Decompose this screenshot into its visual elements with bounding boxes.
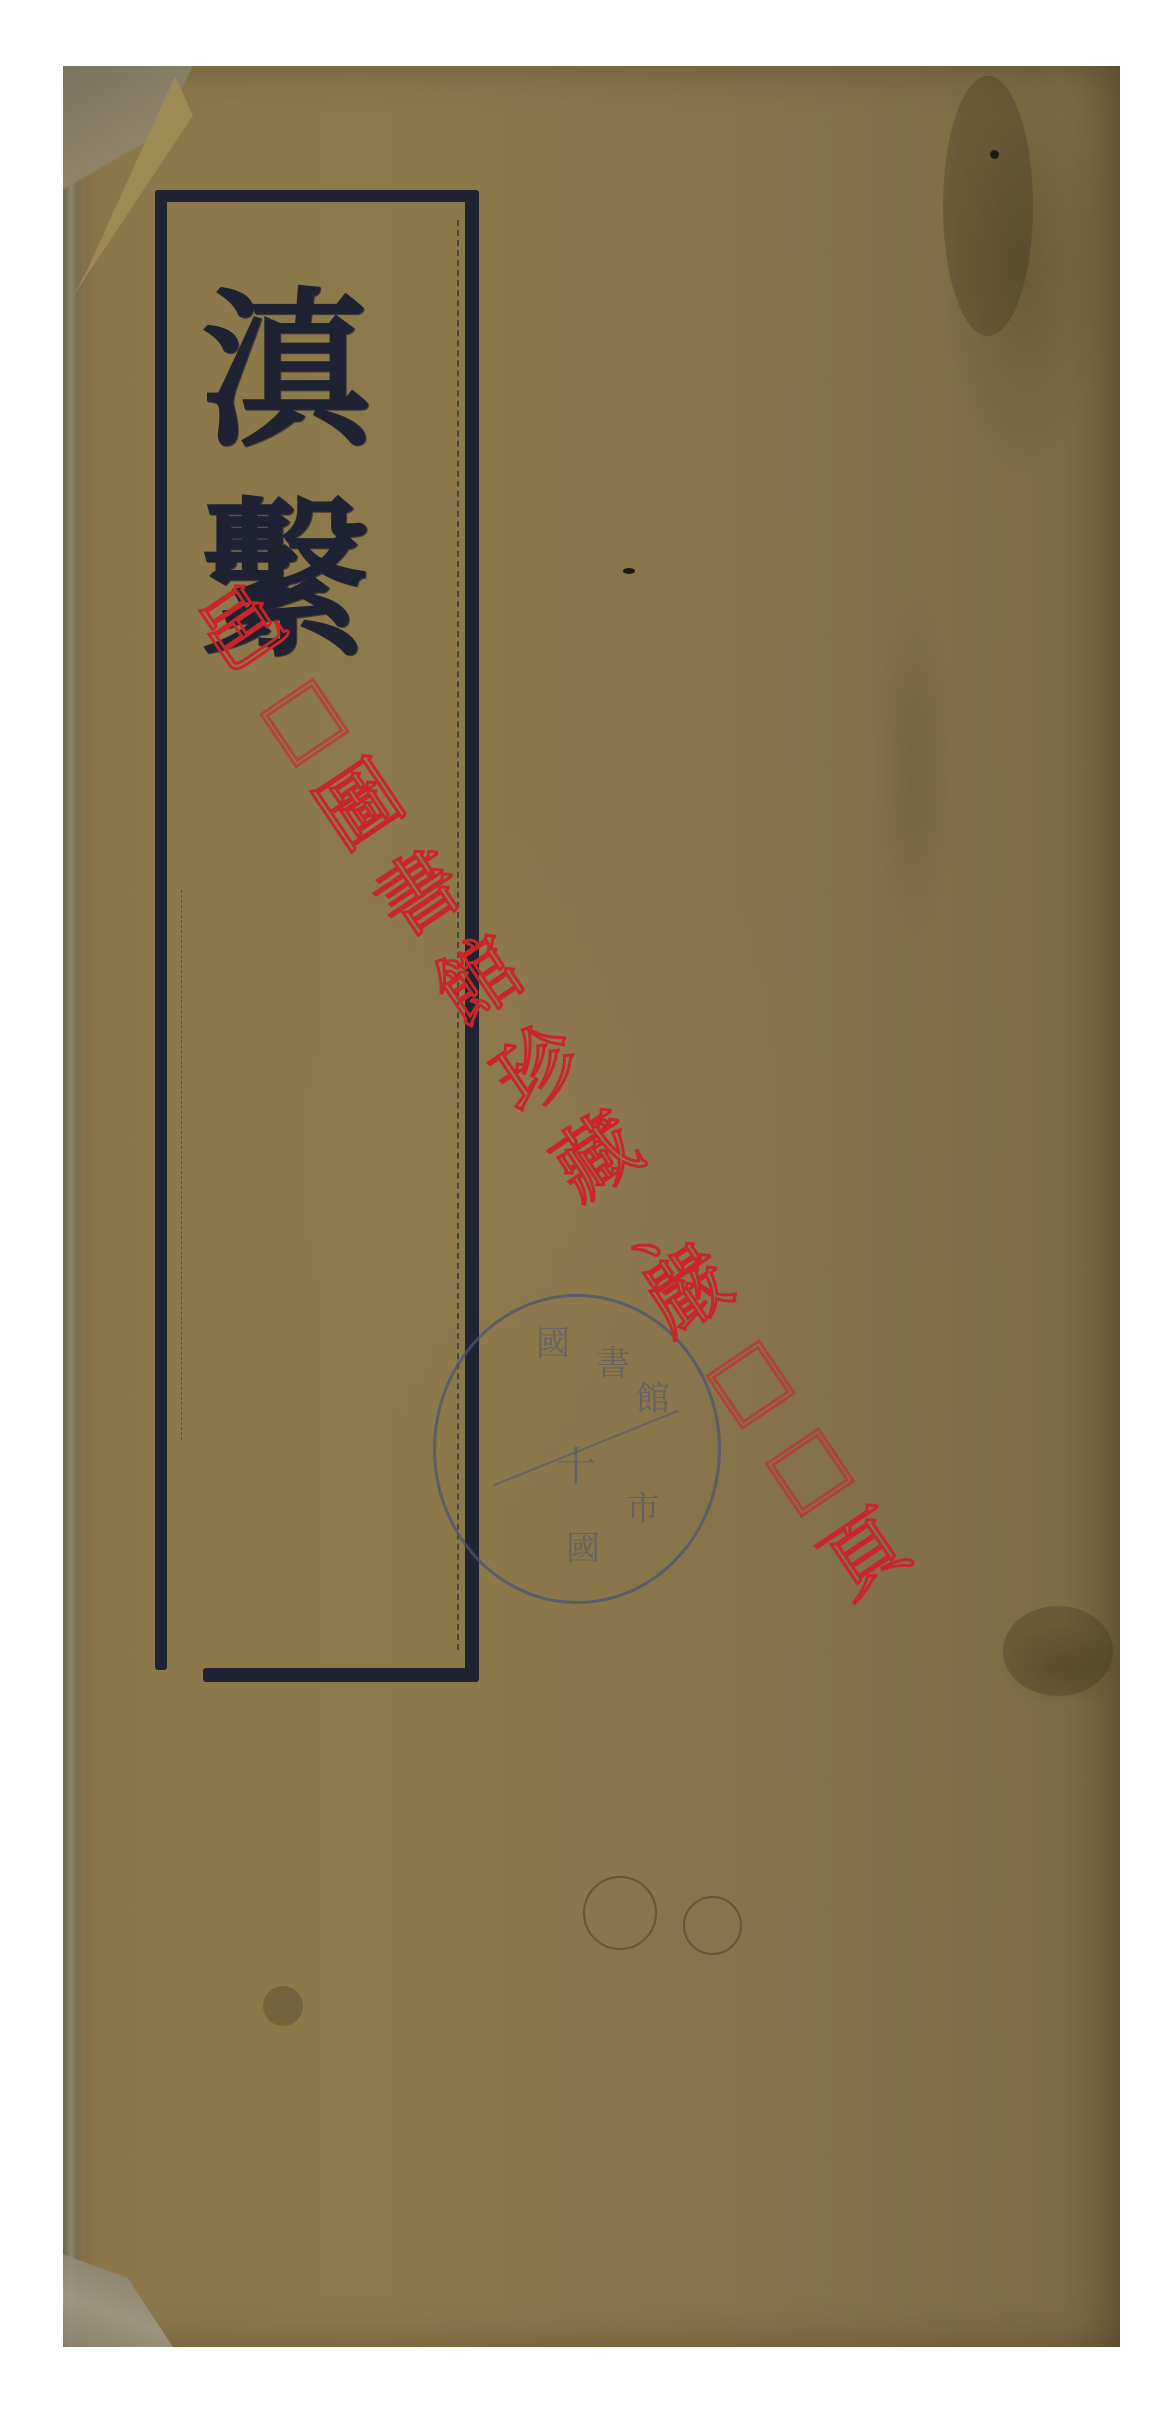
frame-bottom-border bbox=[203, 1668, 479, 1682]
wormhole-mark bbox=[990, 150, 999, 159]
frame-inner-left-rule bbox=[181, 890, 182, 1440]
stain-bottom-left bbox=[263, 1986, 303, 2026]
ink-speck bbox=[623, 568, 635, 574]
seal-char: 國 bbox=[536, 1327, 570, 1361]
seal-char: 十 bbox=[556, 1447, 596, 1487]
faint-scribble-mark bbox=[683, 1896, 742, 1955]
frame-top-border bbox=[155, 190, 477, 202]
book-cover-page: 滇 繫 國 書 館 十 市 國 邑 □ 圖 書 館 珍 藏 、 嚴 □ □ 頁 bbox=[63, 66, 1120, 2347]
seal-char: 書 bbox=[596, 1347, 630, 1381]
frame-left-border bbox=[155, 190, 167, 1670]
stain-bottom-right bbox=[1003, 1606, 1113, 1696]
seal-char: 國 bbox=[566, 1532, 600, 1566]
book-spine-edge bbox=[63, 66, 85, 2347]
torn-corner-bottom bbox=[63, 2217, 173, 2347]
seal-char: 市 bbox=[626, 1492, 660, 1526]
faint-scribble-mark bbox=[583, 1876, 657, 1950]
stain-top-right bbox=[943, 76, 1033, 336]
title-char-1: 滇 bbox=[200, 286, 370, 456]
seal-char: 館 bbox=[636, 1382, 670, 1416]
